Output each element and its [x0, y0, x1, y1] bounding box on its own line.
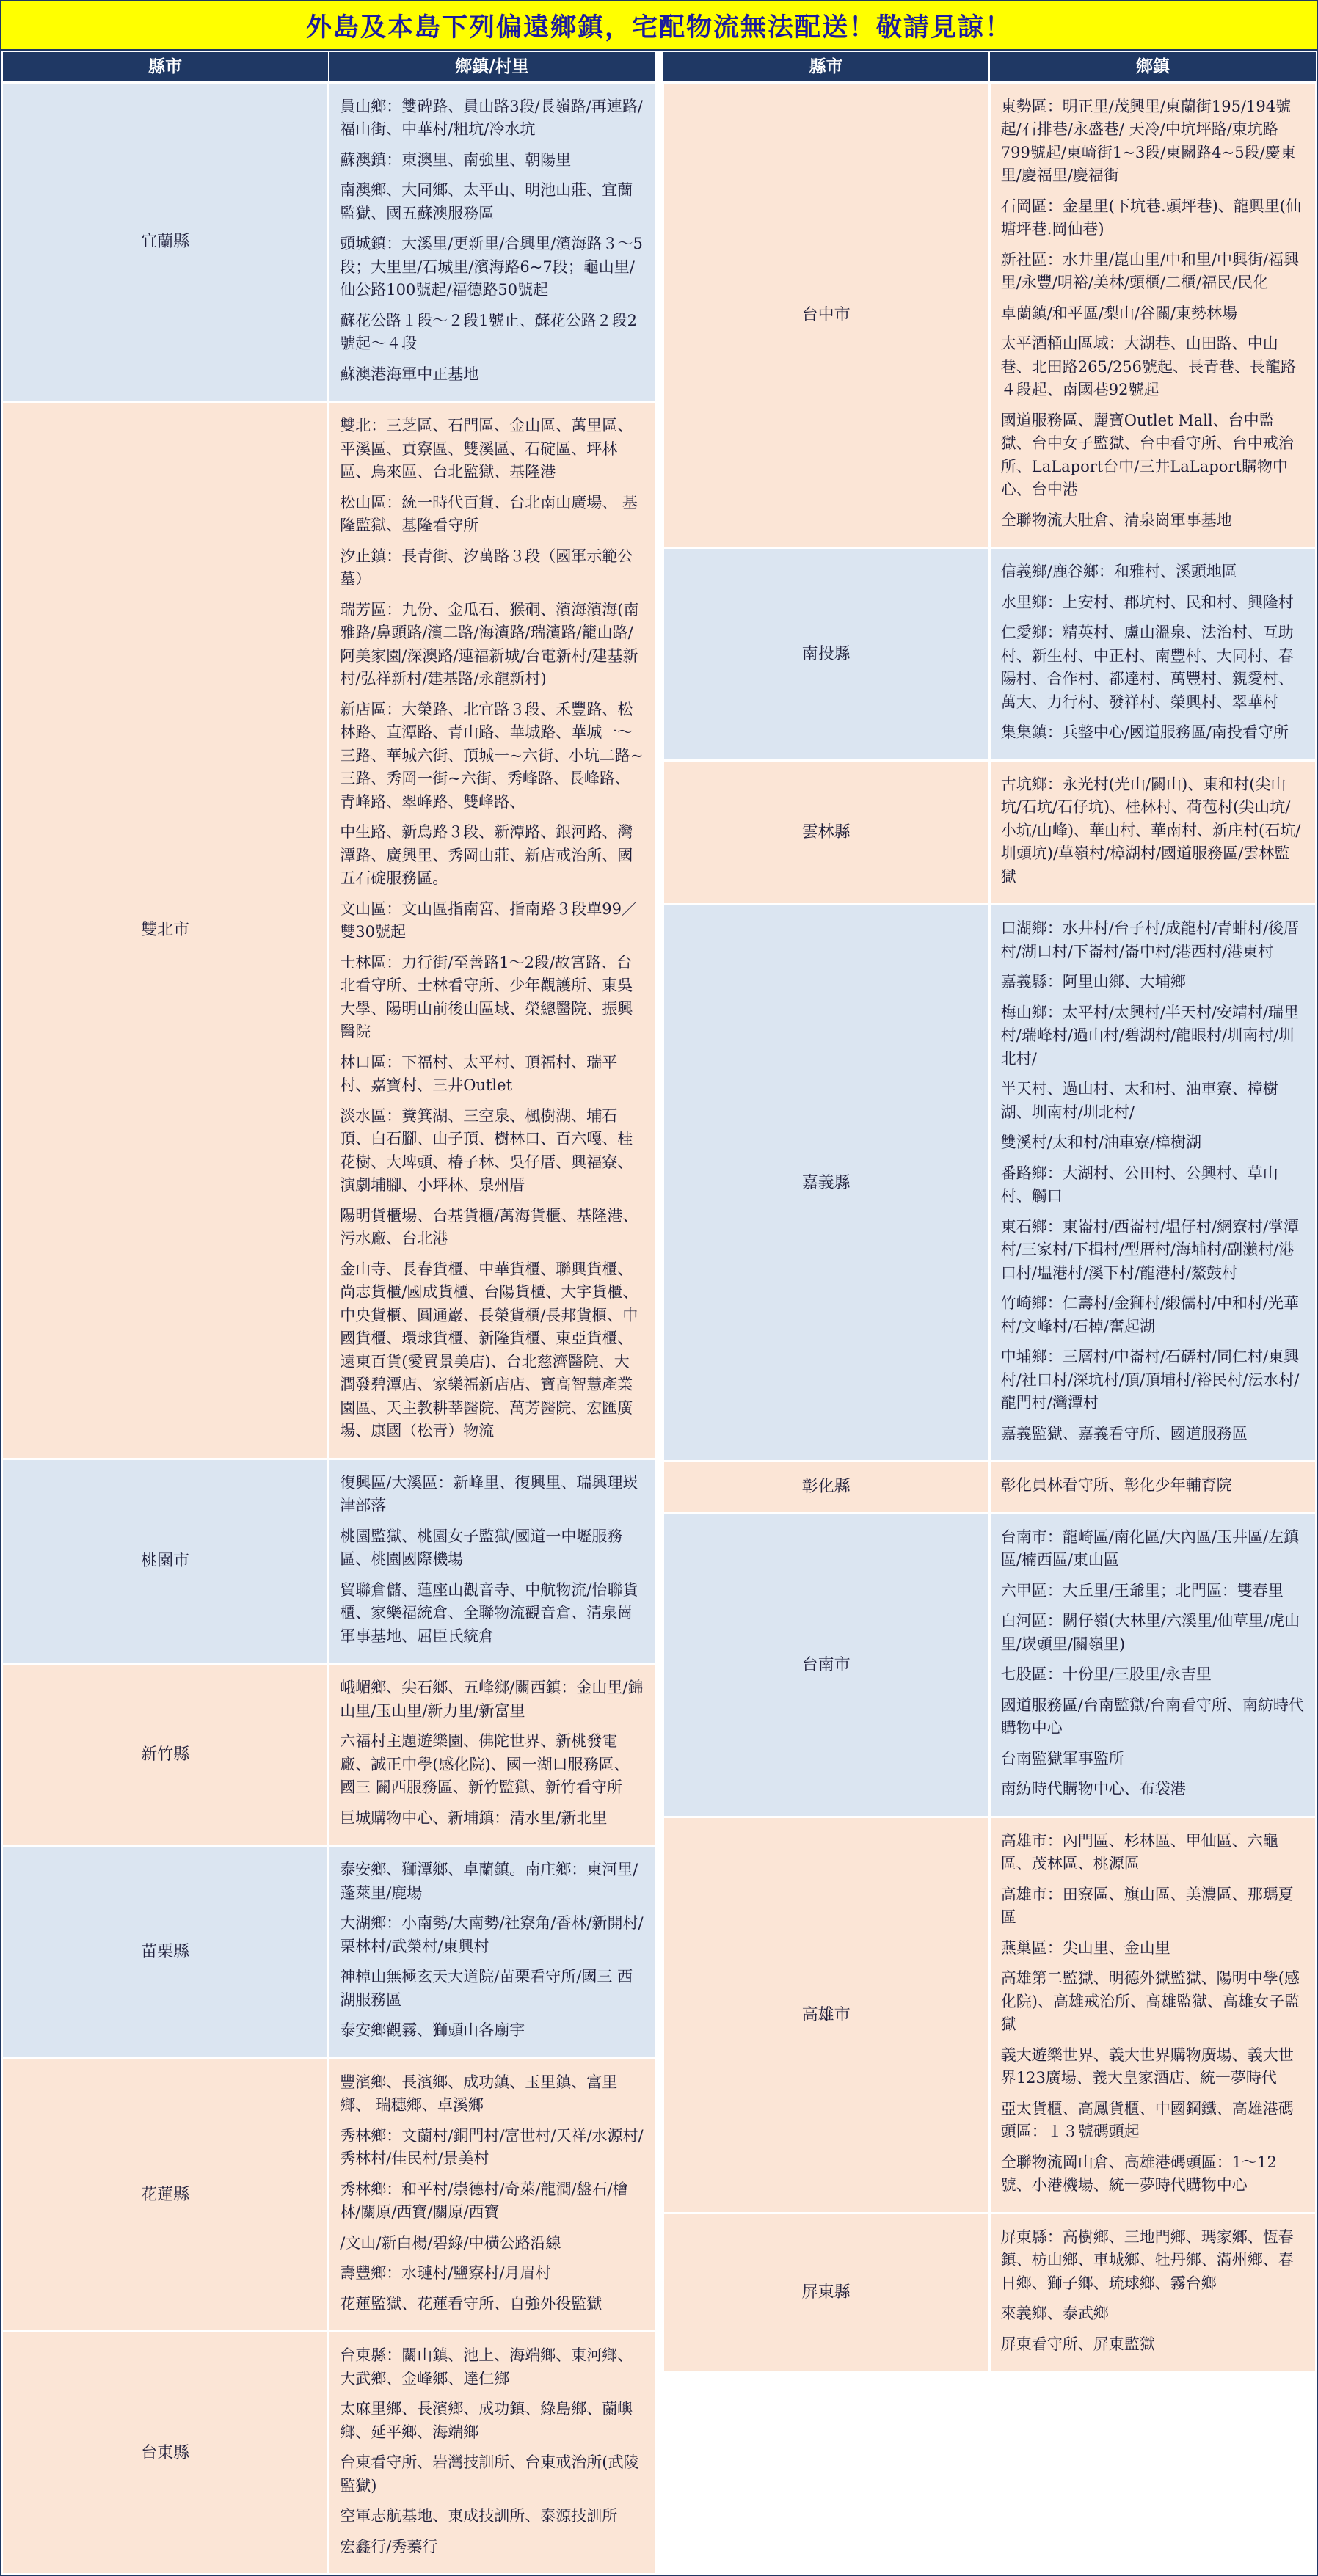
- township-line: 嘉義監獄、嘉義看守所、國道服務區: [1001, 1423, 1305, 1446]
- township-line: 泰安鄉、獅潭鄉、卓蘭鎮。南庄鄉：東河里/蓬萊里/鹿場: [340, 1858, 644, 1905]
- right-township-header: 鄉鎮: [989, 51, 1316, 82]
- township-line: 陽明貨櫃場、台基貨櫃/萬海貨櫃、基隆港、污水廠、台北港: [340, 1205, 644, 1251]
- township-line: 文山區：文山區指南宮、指南路３段單99／雙30號起: [340, 898, 644, 944]
- township-line: 仁愛鄉：精英村、盧山溫泉、法治村、互助村、新生村、中正村、南豐村、大同村、春陽村…: [1001, 621, 1305, 714]
- township-list: 台南市：龍崎區/南化區/大內區/玉井區/左鎮區/楠西區/東山區六甲區：大丘里/王…: [989, 1513, 1316, 1817]
- township-list: 豐濱鄉、長濱鄉、成功鎮、玉里鎮、富里鄉、 瑞穗鄉、卓溪鄉秀林鄉：文蘭村/銅門村/…: [329, 2058, 655, 2332]
- township-list: 彰化員林看守所、彰化少年輔育院: [989, 1462, 1316, 1514]
- township-line: 雙溪村/太和村/油車寮/樟樹湖: [1001, 1131, 1305, 1155]
- township-line: 東石鄉：東崙村/西崙村/塭仔村/網寮村/掌潭村/三家村/下揖村/型厝村/海埔村/…: [1001, 1216, 1305, 1285]
- township-line: 新店區：大榮路、北宜路３段、禾豐路、松林路、直潭路、青山路、華城路、華城一～三路…: [340, 698, 644, 814]
- township-list: 古坑鄉：永光村(光山/關山)、東和村(尖山坑/石坑/石仔坑)、桂林村、荷苞村(尖…: [989, 760, 1316, 905]
- township-line: 中埔鄉：三層村/中崙村/石硦村/同仁村/東興村/社口村/深坑村/頂/頂埔村/裕民…: [1001, 1346, 1305, 1415]
- table-row: 彰化縣彰化員林看守所、彰化少年輔育院: [663, 1462, 1317, 1514]
- township-line: 巨城購物中心、新埔鎮：清水里/新北里: [340, 1807, 644, 1831]
- township-line: 秀林鄉：文蘭村/銅門村/富世村/天祥/水源村/秀林村/佳民村/景美村: [340, 2125, 644, 2171]
- township-line: 六福村主題遊樂園、佛陀世界、新桃發電廠、誠正中學(感化院)、國一湖口服務區、國三…: [340, 1730, 644, 1800]
- township-line: 集集鎮：兵整中心/國道服務區/南投看守所: [1001, 721, 1305, 745]
- township-line: 員山鄉：雙碑路、員山路3段/長嶺路/再連路/福山街、中華村/粗坑/冷水坑: [340, 95, 644, 142]
- township-list: 泰安鄉、獅潭鄉、卓蘭鎮。南庄鄉：東河里/蓬萊里/鹿場大湖鄉：小南勢/大南勢/社寮…: [329, 1846, 655, 2059]
- township-line: 宏鑫行/秀蓁行: [340, 2536, 644, 2559]
- table-row: 台南市台南市：龍崎區/南化區/大內區/玉井區/左鎮區/楠西區/東山區六甲區：大丘…: [663, 1513, 1317, 1817]
- county-label: 台中市: [663, 82, 989, 548]
- right-table-wrap: 縣市 鄉鎮 台中市東勢區：明正里/茂興里/東蘭街195/194號起/石排巷/永盛…: [662, 51, 1318, 2373]
- township-list: 東勢區：明正里/茂興里/東蘭街195/194號起/石排巷/永盛巷/ 天冷/中坑坪…: [989, 82, 1316, 548]
- township-line: 壽豐鄉：水璉村/鹽寮村/月眉村: [340, 2262, 644, 2285]
- township-list: 峨嵋鄉、尖石鄉、五峰鄉/關西鎮：金山里/錦山里/玉山里/新力里/新富里六福村主題…: [329, 1664, 655, 1846]
- township-line: 花蓮監獄、花蓮看守所、自強外役監獄: [340, 2293, 644, 2316]
- tables-container: 縣市 鄉鎮/村里 宜蘭縣員山鄉：雙碑路、員山路3段/長嶺路/再連路/福山街、中華…: [1, 51, 1317, 2575]
- county-label: 花蓮縣: [2, 2058, 329, 2332]
- township-line: 松山區：統一時代百貨、台北南山廣場、 基隆監獄、基隆看守所: [340, 492, 644, 538]
- county-label: 台南市: [663, 1513, 989, 1817]
- township-line: 台南市：龍崎區/南化區/大內區/玉井區/左鎮區/楠西區/東山區: [1001, 1526, 1305, 1572]
- county-label: 彰化縣: [663, 1462, 989, 1514]
- township-line: 台南監獄軍事監所: [1001, 1748, 1305, 1771]
- township-line: 石岡區：金星里(下坑巷.頭坪巷)、龍興里(仙塘坪巷.岡仙巷): [1001, 195, 1305, 241]
- township-line: 太平酒桶山區域：大湖巷、山田路、中山巷、北田路265/256號起、長青巷、長龍路…: [1001, 332, 1305, 402]
- township-line: 新社區：水井里/崑山里/中和里/中興街/福興里/永豐/明裕/美林/頭櫃/二櫃/福…: [1001, 249, 1305, 295]
- township-line: 屏東縣：高樹鄉、三地門鄉、瑪家鄉、恆春鎮、枋山鄉、車城鄉、牡丹鄉、滿州鄉、春日鄉…: [1001, 2226, 1305, 2296]
- township-line: 東勢區：明正里/茂興里/東蘭街195/194號起/石排巷/永盛巷/ 天冷/中坑坪…: [1001, 95, 1305, 188]
- table-row: 雲林縣古坑鄉：永光村(光山/關山)、東和村(尖山坑/石坑/石仔坑)、桂林村、荷苞…: [663, 760, 1317, 905]
- page-title: 外島及本島下列偏遠鄉鎮，宅配物流無法配送！敬請見諒！: [1, 1, 1317, 51]
- township-line: 來義鄉、泰武鄉: [1001, 2302, 1305, 2326]
- township-line: 瑞芳區：九份、金瓜石、猴硐、濱海濱海(南雅路/鼻頭路/濱二路/海濱路/瑞濱路/籠…: [340, 599, 644, 691]
- notice-page: 外島及本島下列偏遠鄉鎮，宅配物流無法配送！敬請見諒！ 縣市 鄉鎮/村里 宜蘭縣員…: [0, 0, 1318, 2576]
- township-line: 蘇花公路１段～２段1號止、蘇花公路２段2號起～４段: [340, 310, 644, 356]
- township-line: 燕巢區：尖山里、金山里: [1001, 1937, 1305, 1960]
- header-row: 縣市 鄉鎮/村里: [2, 51, 656, 82]
- township-line: 義大遊樂世界、義大世界購物廣場、義大世界123廣場、義大皇家酒店、統一夢時代: [1001, 2044, 1305, 2090]
- county-label: 雲林縣: [663, 760, 989, 905]
- left-table-wrap: 縣市 鄉鎮/村里 宜蘭縣員山鄉：雙碑路、員山路3段/長嶺路/再連路/福山街、中華…: [1, 51, 657, 2575]
- township-line: 秀林鄉：和平村/崇德村/奇萊/龍澗/盤石/檜林/關原/西寶/關原/西寶: [340, 2178, 644, 2225]
- township-line: 屏東看守所、屏東監獄: [1001, 2333, 1305, 2357]
- county-label: 嘉義縣: [663, 905, 989, 1462]
- township-line: 太麻里鄉、長濱鄉、成功鎮、綠島鄉、蘭嶼鄉、延平鄉、海端鄉: [340, 2398, 644, 2444]
- township-line: 神棹山無極玄天大道院/苗栗看守所/國三 西湖服務區: [340, 1966, 644, 2012]
- township-line: 台東縣：關山鎮、池上、海端鄉、東河鄉、大武鄉、金峰鄉、達仁鄉: [340, 2344, 644, 2390]
- township-line: 嘉義縣：阿里山鄉、大埔鄉: [1001, 971, 1305, 994]
- township-line: 番路鄉：大湖村、公田村、公興村、草山村、觸口: [1001, 1162, 1305, 1208]
- township-line: 口湖鄉：水井村/台子村/成龍村/青蚶村/後厝村/湖口村/下崙村/崙中村/港西村/…: [1001, 917, 1305, 963]
- left-table: 縣市 鄉鎮/村里 宜蘭縣員山鄉：雙碑路、員山路3段/長嶺路/再連路/福山街、中華…: [1, 51, 657, 2575]
- township-line: 士林區：力行街/至善路1～2段/故宮路、台北看守所、士林看守所、少年觀護所、東吳…: [340, 952, 644, 1044]
- county-label: 桃園市: [2, 1459, 329, 1664]
- township-line: 頭城鎮：大溪里/更新里/合興里/濱海路３～5段；大里里/石城里/濱海路6~7段；…: [340, 233, 644, 302]
- county-label: 南投縣: [663, 548, 989, 761]
- township-line: 高雄市：內門區、杉林區、甲仙區、六龜區、茂林區、桃源區: [1001, 1830, 1305, 1876]
- right-table: 縣市 鄉鎮 台中市東勢區：明正里/茂興里/東蘭街195/194號起/石排巷/永盛…: [662, 51, 1318, 2373]
- township-line: /文山/新白楊/碧綠/中橫公路沿線: [340, 2232, 644, 2255]
- township-line: 南紡時代購物中心、布袋港: [1001, 1778, 1305, 1801]
- township-line: 高雄市：田寮區、旗山區、美濃區、那瑪夏區: [1001, 1883, 1305, 1930]
- township-line: 卓蘭鎮/和平區/梨山/谷關/東勢林場: [1001, 302, 1305, 326]
- header-row: 縣市 鄉鎮: [663, 51, 1317, 82]
- township-list: 雙北：三芝區、石門區、金山區、萬里區、平溪區、貢寮區、雙溪區、石碇區、坪林區、烏…: [329, 402, 655, 1459]
- township-list: 口湖鄉：水井村/台子村/成龍村/青蚶村/後厝村/湖口村/下崙村/崙中村/港西村/…: [989, 905, 1316, 1462]
- township-line: 豐濱鄉、長濱鄉、成功鎮、玉里鎮、富里鄉、 瑞穗鄉、卓溪鄉: [340, 2071, 644, 2117]
- county-label: 新竹縣: [2, 1664, 329, 1846]
- township-line: 古坑鄉：永光村(光山/關山)、東和村(尖山坑/石坑/石仔坑)、桂林村、荷苞村(尖…: [1001, 773, 1305, 889]
- township-list: 高雄市：內門區、杉林區、甲仙區、六龜區、茂林區、桃源區高雄市：田寮區、旗山區、美…: [989, 1817, 1316, 2213]
- left-county-header: 縣市: [2, 51, 329, 82]
- table-row: 花蓮縣豐濱鄉、長濱鄉、成功鎮、玉里鎮、富里鄉、 瑞穗鄉、卓溪鄉秀林鄉：文蘭村/銅…: [2, 2058, 656, 2332]
- county-label: 屏東縣: [663, 2213, 989, 2372]
- township-line: 竹崎鄉：仁壽村/金獅村/緞儒村/中和村/光華村/文峰村/石棹/奮起湖: [1001, 1292, 1305, 1338]
- township-line: 汐止鎮：長青街、汐萬路３段（國軍示範公墓）: [340, 545, 644, 591]
- township-line: 水里鄉：上安村、郡坑村、民和村、興隆村: [1001, 591, 1305, 615]
- township-line: 全聯物流大肚倉、清泉崗軍事基地: [1001, 509, 1305, 533]
- table-row: 宜蘭縣員山鄉：雙碑路、員山路3段/長嶺路/再連路/福山街、中華村/粗坑/冷水坑蘇…: [2, 82, 656, 402]
- township-line: 半天村、過山村、太和村、油車寮、樟樹湖、圳南村/圳北村/: [1001, 1078, 1305, 1124]
- table-row: 苗栗縣泰安鄉、獅潭鄉、卓蘭鎮。南庄鄉：東河里/蓬萊里/鹿場大湖鄉：小南勢/大南勢…: [2, 1846, 656, 2059]
- township-line: 國道服務區/台南監獄/台南看守所、南紡時代購物中心: [1001, 1694, 1305, 1740]
- left-table-header: 縣市 鄉鎮/村里: [2, 51, 656, 82]
- township-list: 台東縣：關山鎮、池上、海端鄉、東河鄉、大武鄉、金峰鄉、達仁鄉太麻里鄉、長濱鄉、成…: [329, 2332, 655, 2575]
- table-row: 雙北市雙北：三芝區、石門區、金山區、萬里區、平溪區、貢寮區、雙溪區、石碇區、坪林…: [2, 402, 656, 1459]
- township-line: 林口區：下福村、太平村、頂福村、瑞平村、嘉寶村、三井Outlet: [340, 1051, 644, 1098]
- township-line: 泰安鄉觀霧、獅頭山各廟宇: [340, 2019, 644, 2043]
- county-label: 雙北市: [2, 402, 329, 1459]
- right-table-header: 縣市 鄉鎮: [663, 51, 1317, 82]
- township-line: 南澳鄉、大同鄉、太平山、明池山莊、宜蘭監獄、國五蘇澳服務區: [340, 179, 644, 225]
- township-list: 信義鄉/鹿谷鄉：和雅村、溪頭地區水里鄉：上安村、郡坑村、民和村、興隆村仁愛鄉：精…: [989, 548, 1316, 761]
- township-line: 空軍志航基地、東成技訓所、泰源技訓所: [340, 2505, 644, 2528]
- township-line: 彰化員林看守所、彰化少年輔育院: [1001, 1474, 1305, 1497]
- township-line: 貿聯倉儲、蓮座山觀音寺、中航物流/怡聯貨櫃、家樂福統倉、全聯物流觀音倉、清泉崗軍…: [340, 1579, 644, 1649]
- township-list: 屏東縣：高樹鄉、三地門鄉、瑪家鄉、恆春鎮、枋山鄉、車城鄉、牡丹鄉、滿州鄉、春日鄉…: [989, 2213, 1316, 2372]
- county-label: 台東縣: [2, 2332, 329, 2575]
- township-list: 員山鄉：雙碑路、員山路3段/長嶺路/再連路/福山街、中華村/粗坑/冷水坑蘇澳鎮：…: [329, 82, 655, 402]
- table-row: 台中市東勢區：明正里/茂興里/東蘭街195/194號起/石排巷/永盛巷/ 天冷/…: [663, 82, 1317, 548]
- left-township-header: 鄉鎮/村里: [329, 51, 655, 82]
- table-row: 屏東縣屏東縣：高樹鄉、三地門鄉、瑪家鄉、恆春鎮、枋山鄉、車城鄉、牡丹鄉、滿州鄉、…: [663, 2213, 1317, 2372]
- county-label: 高雄市: [663, 1817, 989, 2213]
- township-line: 六甲區：大丘里/王爺里；北門區：雙春里: [1001, 1580, 1305, 1603]
- table-row: 台東縣台東縣：關山鎮、池上、海端鄉、東河鄉、大武鄉、金峰鄉、達仁鄉太麻里鄉、長濱…: [2, 2332, 656, 2575]
- table-row: 南投縣信義鄉/鹿谷鄉：和雅村、溪頭地區水里鄉：上安村、郡坑村、民和村、興隆村仁愛…: [663, 548, 1317, 761]
- township-line: 信義鄉/鹿谷鄉：和雅村、溪頭地區: [1001, 561, 1305, 584]
- township-line: 峨嵋鄉、尖石鄉、五峰鄉/關西鎮：金山里/錦山里/玉山里/新力里/新富里: [340, 1676, 644, 1723]
- township-line: 大湖鄉：小南勢/大南勢/社寮角/香林/新開村/栗林村/武榮村/東興村: [340, 1912, 644, 1958]
- township-line: 全聯物流岡山倉、高雄港碼頭區：1～12號、小港機場、統一夢時代購物中心: [1001, 2151, 1305, 2197]
- table-row: 高雄市高雄市：內門區、杉林區、甲仙區、六龜區、茂林區、桃源區高雄市：田寮區、旗山…: [663, 1817, 1317, 2213]
- township-list: 復興區/大溪區：新峰里、復興里、瑞興理崁津部落桃園監獄、桃園女子監獄/國道一中壢…: [329, 1459, 655, 1664]
- county-label: 宜蘭縣: [2, 82, 329, 402]
- right-table-body: 台中市東勢區：明正里/茂興里/東蘭街195/194號起/石排巷/永盛巷/ 天冷/…: [663, 82, 1317, 2372]
- township-line: 淡水區：糞箕湖、三空泉、楓樹湖、埔石頂、白石腳、山子頂、樹林口、百六嘎、桂花樹、…: [340, 1105, 644, 1197]
- township-line: 七股區：十份里/三股里/永吉里: [1001, 1663, 1305, 1687]
- county-label: 苗栗縣: [2, 1846, 329, 2059]
- left-table-body: 宜蘭縣員山鄉：雙碑路、員山路3段/長嶺路/再連路/福山街、中華村/粗坑/冷水坑蘇…: [2, 82, 656, 2575]
- township-line: 復興區/大溪區：新峰里、復興里、瑞興理崁津部落: [340, 1472, 644, 1518]
- table-row: 嘉義縣口湖鄉：水井村/台子村/成龍村/青蚶村/後厝村/湖口村/下崙村/崙中村/港…: [663, 905, 1317, 1462]
- township-line: 中生路、新烏路３段、新潭路、銀河路、灣潭路、廣興里、秀岡山莊、新店戒治所、國五石…: [340, 821, 644, 891]
- table-row: 桃園市復興區/大溪區：新峰里、復興里、瑞興理崁津部落桃園監獄、桃園女子監獄/國道…: [2, 1459, 656, 1664]
- township-line: 蘇澳港海軍中正基地: [340, 363, 644, 387]
- township-line: 高雄第二監獄、明德外獄監獄、陽明中學(感化院)、高雄戒治所、高雄監獄、高雄女子監…: [1001, 1967, 1305, 2037]
- township-line: 台東看守所、岩灣技訓所、台東戒治所(武陵監獄): [340, 2451, 644, 2497]
- right-county-header: 縣市: [663, 51, 989, 82]
- township-line: 蘇澳鎮：東澳里、南強里、朝陽里: [340, 149, 644, 172]
- table-row: 新竹縣峨嵋鄉、尖石鄉、五峰鄉/關西鎮：金山里/錦山里/玉山里/新力里/新富里六福…: [2, 1664, 656, 1846]
- township-line: 桃園監獄、桃園女子監獄/國道一中壢服務區、桃園國際機場: [340, 1525, 644, 1572]
- township-line: 國道服務區、麗寶Outlet Mall、台中監獄、台中女子監獄、台中看守所、台中…: [1001, 409, 1305, 502]
- township-line: 梅山鄉：太平村/太興村/半天村/安靖村/瑞里村/瑞峰村/過山村/碧湖村/龍眼村/…: [1001, 1001, 1305, 1071]
- township-line: 雙北：三芝區、石門區、金山區、萬里區、平溪區、貢寮區、雙溪區、石碇區、坪林區、烏…: [340, 415, 644, 484]
- township-line: 白河區：關仔嶺(大林里/六溪里/仙草里/虎山里/崁頭里/關嶺里): [1001, 1610, 1305, 1656]
- township-line: 金山寺、長春貨櫃、中華貨櫃、聯興貨櫃、尚志貨櫃/國成貨櫃、台陽貨櫃、大宇貨櫃、中…: [340, 1258, 644, 1443]
- township-line: 亞太貨櫃、高鳳貨櫃、中國鋼鐵、高雄港碼頭區：１３號碼頭起: [1001, 2098, 1305, 2144]
